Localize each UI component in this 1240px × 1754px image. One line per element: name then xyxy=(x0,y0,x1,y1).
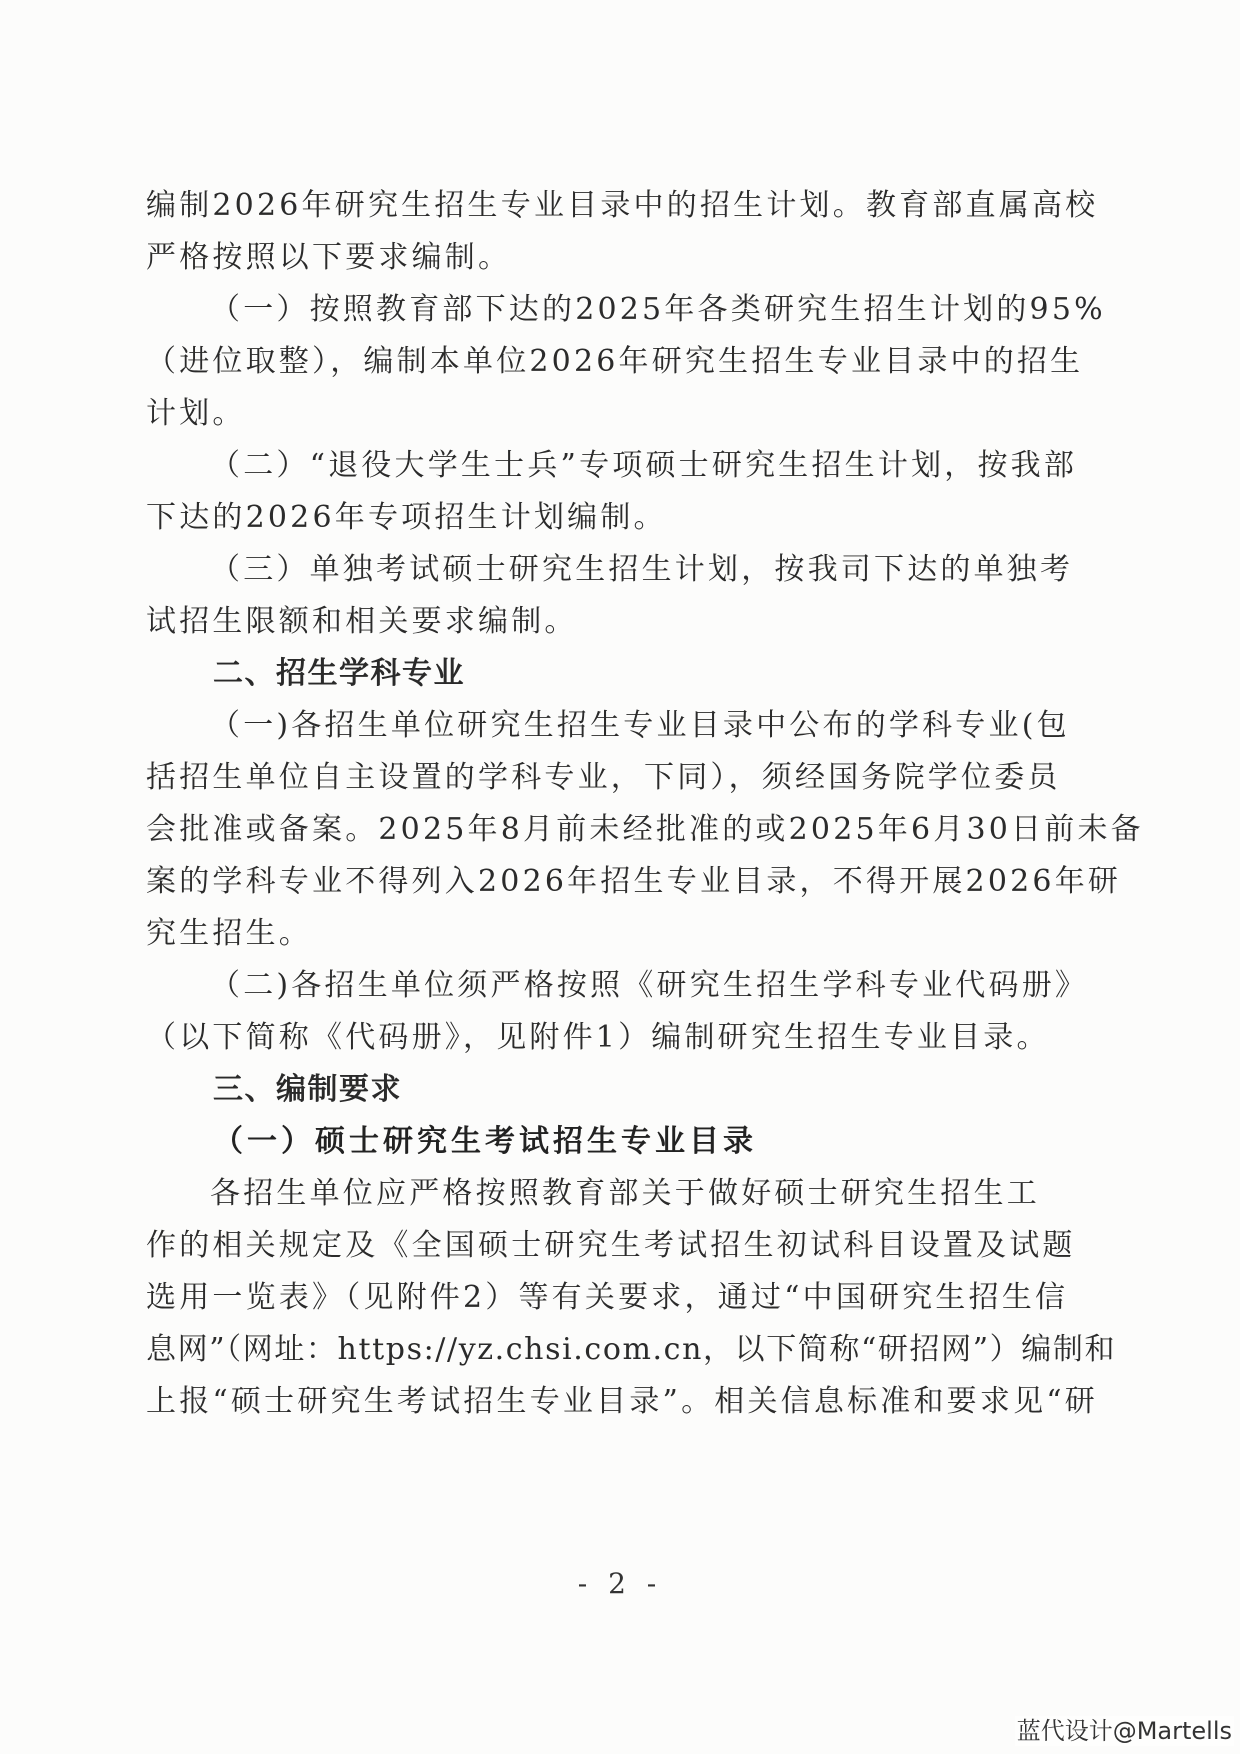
body-line: 下达的2026年专项招生计划编制。 xyxy=(146,498,986,538)
body-line: 选用一览表》（见附件2）等有关要求，通过“中国研究生招生信 xyxy=(146,1278,986,1318)
body-line: （进位取整），编制本单位2026年研究生招生专业目录中的招生 xyxy=(146,342,986,382)
body-line: 上报“硕士研究生考试招生专业目录”。相关信息标准和要求见“研 xyxy=(146,1382,986,1422)
body-line: 究生招生。 xyxy=(146,914,986,954)
body-line: 案的学科专业不得列入2026年招生专业目录，不得开展2026年研 xyxy=(146,862,986,902)
body-line: （三）单独考试硕士研究生招生计划，按我司下达的单独考 xyxy=(210,550,1050,590)
body-line: 试招生限额和相关要求编制。 xyxy=(146,602,986,642)
body-line: 编制2026年研究生招生专业目录中的招生计划。教育部直属高校 xyxy=(146,186,986,226)
section-heading: 三、编制要求 xyxy=(213,1070,402,1110)
body-line: （二)各招生单位须严格按照《研究生招生学科专业代码册》 xyxy=(210,966,1050,1006)
watermark: 蓝代设计@Martells xyxy=(1015,1716,1234,1746)
page-number: - 2 - xyxy=(0,1566,1240,1602)
body-line: 各招生单位应严格按照教育部关于做好硕士研究生招生工 xyxy=(210,1174,1050,1214)
body-line: （以下简称《代码册》，见附件1）编制研究生招生专业目录。 xyxy=(146,1018,986,1058)
document-page: 编制2026年研究生招生专业目录中的招生计划。教育部直属高校 严格按照以下要求编… xyxy=(0,0,1240,1754)
body-line: 作的相关规定及《全国硕士研究生考试招生初试科目设置及试题 xyxy=(146,1226,986,1266)
section-heading: 二、招生学科专业 xyxy=(213,654,465,694)
body-line: （二）“退役大学生士兵”专项硕士研究生招生计划，按我部 xyxy=(210,446,1050,486)
body-line: 计划。 xyxy=(146,394,986,434)
body-line: 括招生单位自主设置的学科专业，下同），须经国务院学位委员 xyxy=(146,758,986,798)
body-line: （一）按照教育部下达的2025年各类研究生招生计划的95% xyxy=(210,290,1050,330)
subsection-heading: （一）硕士研究生考试招生专业目录 xyxy=(213,1122,757,1162)
body-line: 会批准或备案。2025年8月前未经批准的或2025年6月30日前未备 xyxy=(146,810,986,850)
body-line: 息网”（网址：https://yz.chsi.com.cn，以下简称“研招网”）… xyxy=(146,1330,986,1370)
body-line: 严格按照以下要求编制。 xyxy=(146,238,986,278)
body-line: （一)各招生单位研究生招生专业目录中公布的学科专业(包 xyxy=(210,706,1050,746)
